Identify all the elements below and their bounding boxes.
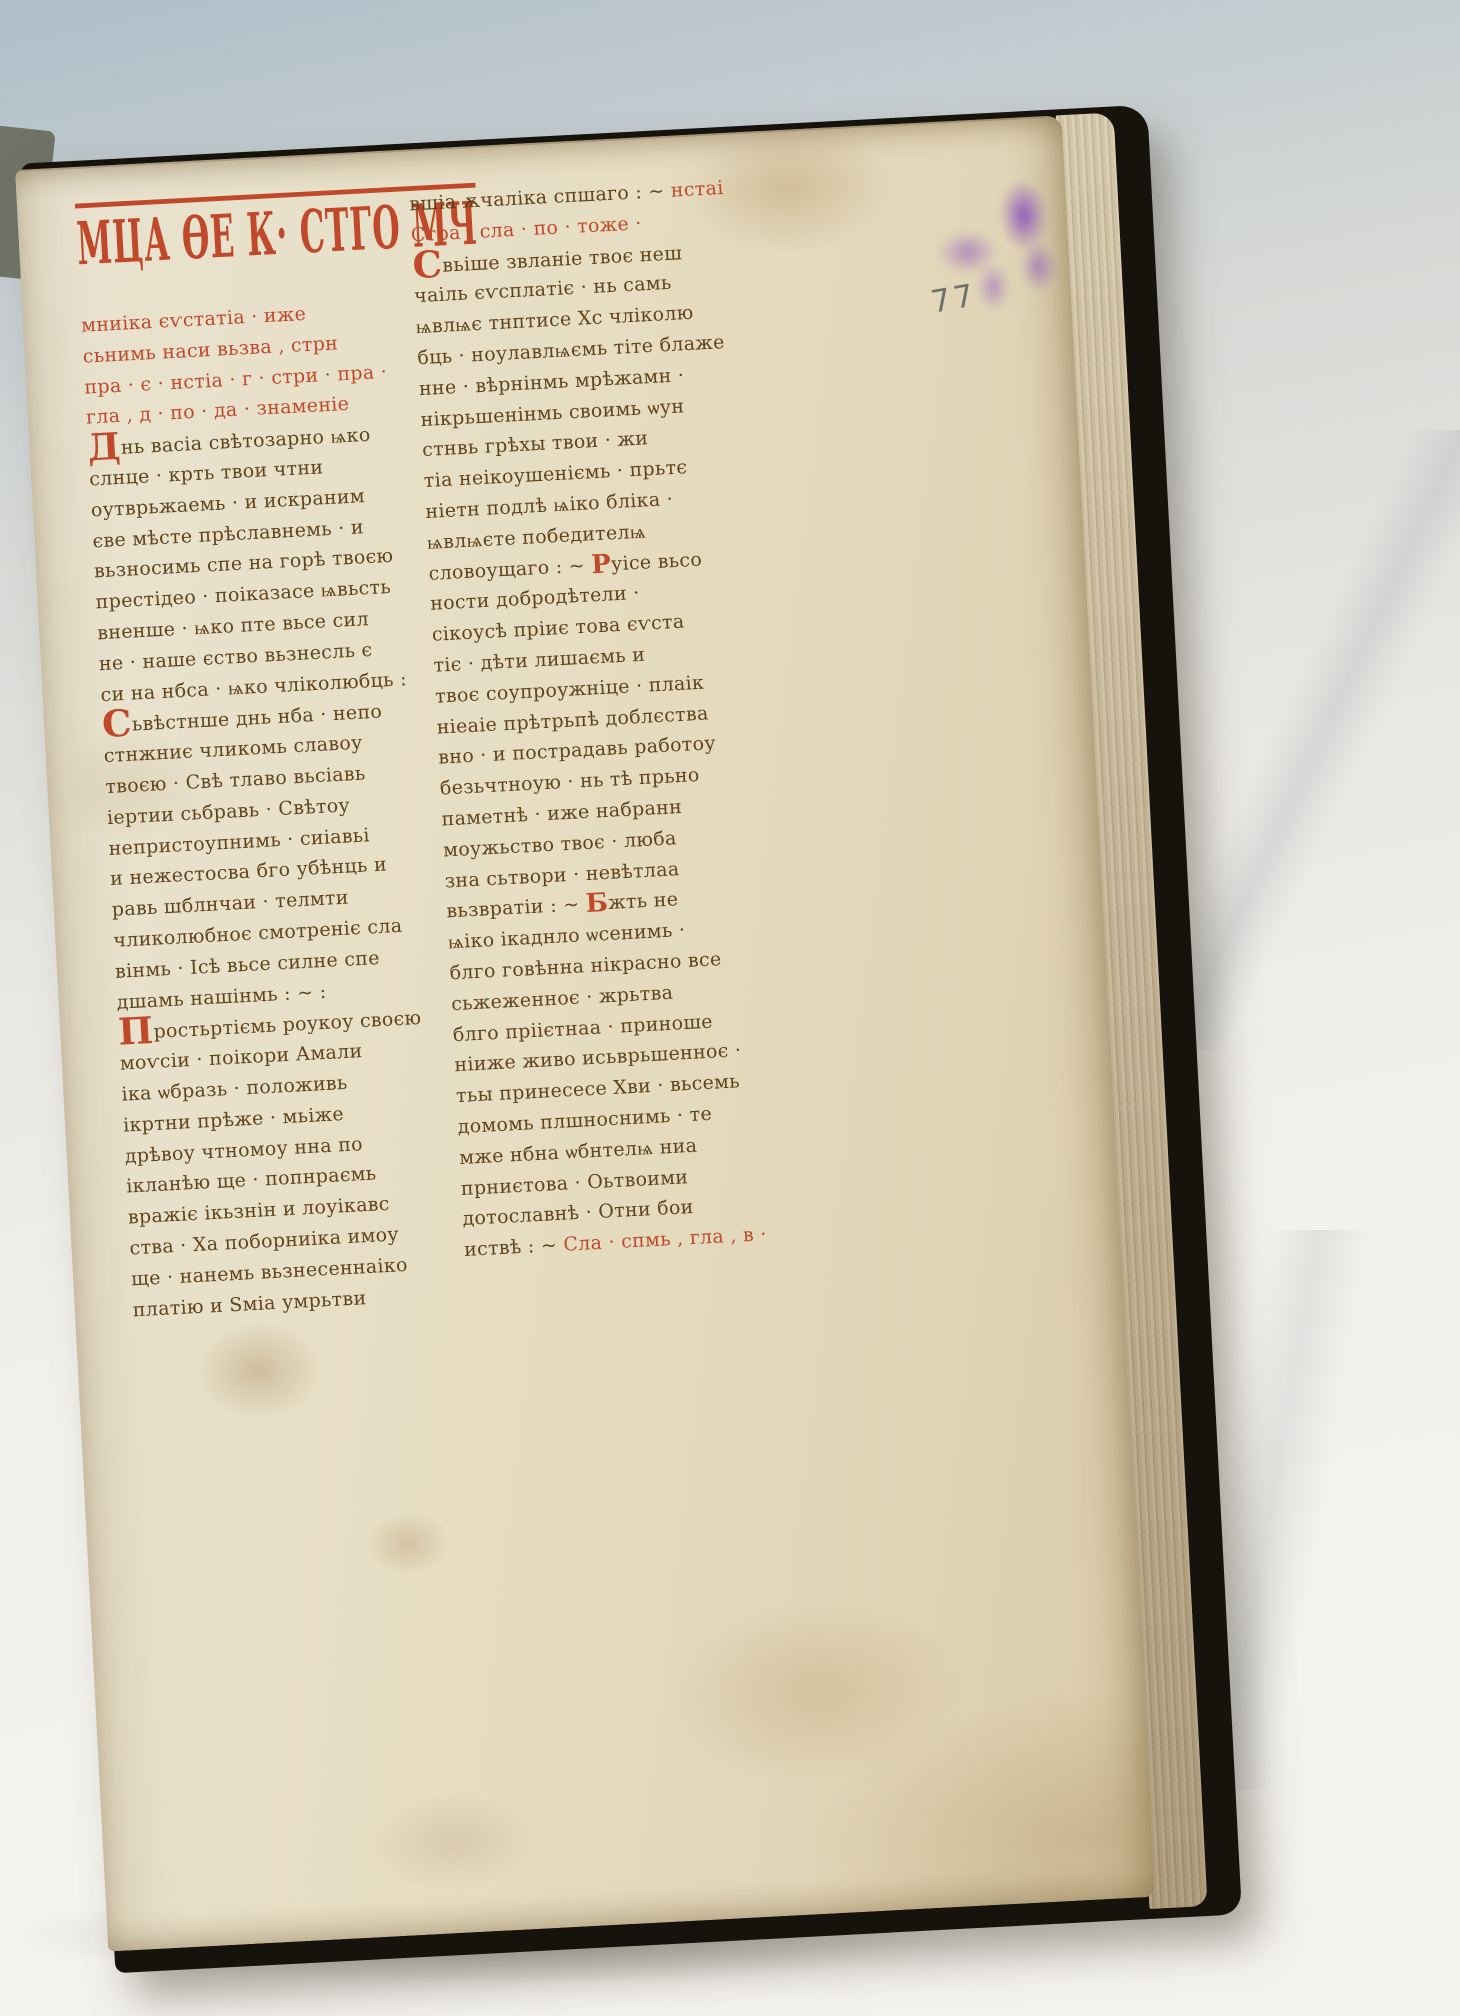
rubric-run: С	[102, 718, 132, 730]
text-run: уісе вьсо	[611, 548, 703, 575]
rubric-run: Д	[87, 441, 121, 453]
text-column-right: вшіа ѫчаліка спшаго : ~ нстаіСтра · сла …	[409, 175, 809, 1269]
rubric-run: нстаі	[670, 177, 724, 202]
manuscript-photo: МЦА ѲЕ К· СТГО МЧ мниіка єѵстатіа · ижес…	[0, 0, 1460, 2016]
rubric-heading: МЦА ѲЕ К· СТГО МЧ	[74, 171, 372, 375]
parchment-page: МЦА ѲЕ К· СТГО МЧ мниіка єѵстатіа · ижес…	[15, 115, 1155, 1951]
text-run: жть не	[608, 889, 679, 915]
rubric-run: Б	[585, 888, 609, 919]
text-run: иствѣ : ~	[464, 1234, 564, 1261]
rubric-run: Р	[590, 549, 611, 580]
text-run: вшіа ѫчаліка спшаго : ~	[409, 180, 672, 216]
rubric-run: П	[118, 1025, 154, 1037]
manuscript-book: МЦА ѲЕ К· СТГО МЧ мниіка єѵстатіа · ижес…	[15, 112, 1207, 1957]
rubric-run: С	[412, 258, 442, 270]
text-column-left: МЦА ѲЕ К· СТГО МЧ мниіка єѵстатіа · ижес…	[74, 179, 473, 1330]
